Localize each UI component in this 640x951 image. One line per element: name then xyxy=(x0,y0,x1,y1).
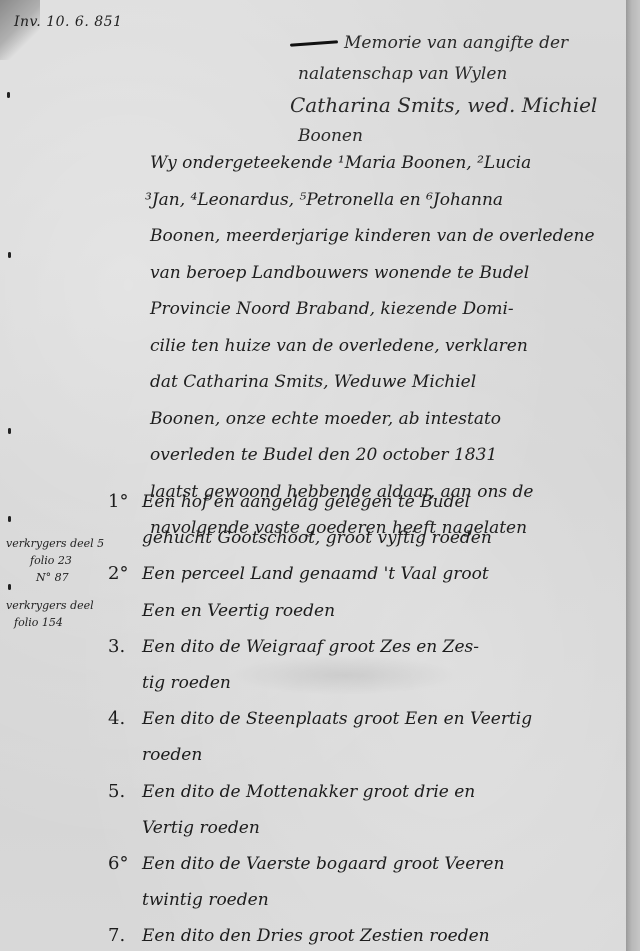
body-line: van beroep Landbouwers wonende te Budel xyxy=(150,255,610,292)
item-number: 6° xyxy=(108,846,142,882)
item-continuation: roeden xyxy=(108,737,613,773)
body-line: overleden te Budel den 20 october 1831 xyxy=(150,437,610,474)
body-line: ³Jan, ⁴Leonardus, ⁵Petronella en ⁶Johann… xyxy=(145,182,610,219)
item-continuation: gehucht Gootschoot, groot vyftig roeden xyxy=(108,520,613,556)
item-number: 1° xyxy=(108,484,142,520)
ink-mark xyxy=(8,584,11,590)
page-corner-shadow xyxy=(0,0,40,60)
property-item: 6°Een dito de Vaerste bogaard groot Veer… xyxy=(108,846,613,918)
ink-mark xyxy=(8,428,11,434)
item-number: 2° xyxy=(108,556,142,592)
item-continuation: Vertig roeden xyxy=(108,810,613,846)
property-item: 7.Een dito den Dries groot Zestien roede… xyxy=(108,918,613,951)
item-description: Een hof en aangelag gelegen te Budel xyxy=(142,492,470,512)
item-continuation: tig roeden xyxy=(108,665,613,701)
property-item: 2°Een perceel Land genaamd 't Vaal groot… xyxy=(108,556,613,628)
title-line: Catharina Smits, wed. Michiel xyxy=(290,90,620,121)
margin-note-registration: verkrygers deel 5 folio 23 N° 87 xyxy=(6,535,104,586)
body-line: dat Catharina Smits, Weduwe Michiel xyxy=(150,364,610,401)
body-line: Wy ondergeteekende ¹Maria Boonen, ²Lucia xyxy=(150,145,610,182)
body-line: Provincie Noord Braband, kiezende Domi- xyxy=(150,291,610,328)
item-description: Een dito de Mottenakker groot drie en xyxy=(142,782,475,802)
body-line: cilie ten huize van de overledene, verkl… xyxy=(150,328,610,365)
property-item: 4.Een dito de Steenplaats groot Een en V… xyxy=(108,701,613,773)
title-line: Memorie van aangifte der xyxy=(290,28,620,59)
item-description: Een dito de Steenplaats groot Een en Vee… xyxy=(142,709,532,729)
item-description: Een dito den Dries groot Zestien roeden xyxy=(142,926,490,946)
item-description: Een dito de Weigraaf groot Zes en Zes- xyxy=(142,637,479,657)
body-line: Boonen, meerderjarige kinderen van de ov… xyxy=(150,218,610,255)
ink-mark xyxy=(7,92,10,98)
document-title: Memorie van aangifte der nalatenschap va… xyxy=(290,28,620,152)
item-description: Een dito de Vaerste bogaard groot Veeren xyxy=(142,854,504,874)
margin-note-line: N° 87 xyxy=(6,569,104,586)
margin-note-line: folio 154 xyxy=(6,614,94,631)
margin-note-registration: verkrygers deel folio 154 xyxy=(6,597,94,631)
property-item: 5.Een dito de Mottenakker groot drie en … xyxy=(108,774,613,846)
margin-note-line: verkrygers deel 5 xyxy=(6,535,104,552)
item-number: 3. xyxy=(108,629,142,665)
page-edge-shadow xyxy=(626,0,640,951)
property-item: 3.Een dito de Weigraaf groot Zes en Zes-… xyxy=(108,629,613,701)
property-list: 1°Een hof en aangelag gelegen te Budel g… xyxy=(108,484,613,951)
title-line: nalatenschap van Wylen xyxy=(290,59,620,90)
item-continuation: Een en Veertig roeden xyxy=(108,593,613,629)
item-description: Een perceel Land genaamd 't Vaal groot xyxy=(142,564,489,584)
property-item: 1°Een hof en aangelag gelegen te Budel g… xyxy=(108,484,613,556)
item-number: 5. xyxy=(108,774,142,810)
reference-number: Inv. 10. 6. 851 xyxy=(14,14,122,30)
body-line: Boonen, onze echte moeder, ab intestato xyxy=(150,401,610,438)
item-number: 4. xyxy=(108,701,142,737)
ink-mark xyxy=(8,252,11,258)
margin-note-line: folio 23 xyxy=(6,552,104,569)
item-number: 7. xyxy=(108,918,142,951)
scanned-document-page: Inv. 10. 6. 851 Memorie van aangifte der… xyxy=(0,0,640,951)
margin-note-line: verkrygers deel xyxy=(6,597,94,614)
ink-mark xyxy=(8,516,11,522)
item-continuation: twintig roeden xyxy=(108,882,613,918)
